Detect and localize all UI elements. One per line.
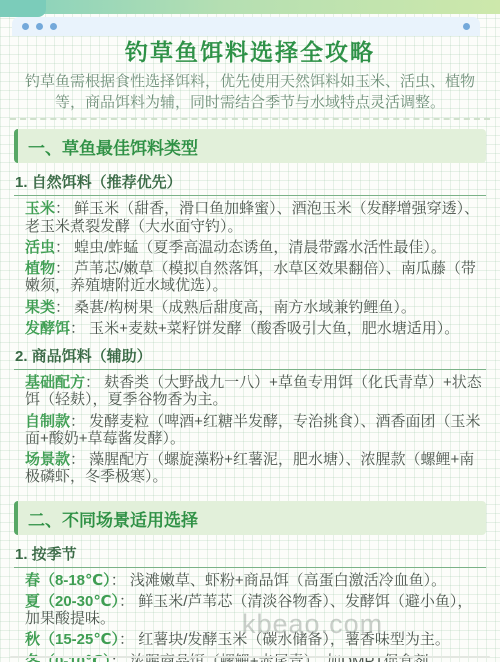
item-text: ： 藻腥配方（螺旋藻粉+红薯泥，肥水塘）、浓腥款（螺鲤+南极磷虾，冬季极寒）。 <box>25 451 474 485</box>
item-text: ： 发酵麦粒（啤酒+红糖半发酵，专治挑食）、酒香面团（玉米面+酸奶+草莓酱发酵）… <box>25 413 480 447</box>
item-text: ： 红薯块/发酵玉米（碳水储备），薯香味型为主。 <box>119 631 450 648</box>
list-item: 自制款： 发酵麦粒（啤酒+红糖半发酵，专治挑食）、酒香面团（玉米面+酸奶+草莓酱… <box>14 413 484 448</box>
item-label: 春（8-18℃） <box>25 572 111 589</box>
subsection-title: 1. 按季节 <box>14 541 486 568</box>
item-label: 植物 <box>25 260 55 277</box>
item-list: 春（8-18℃）： 浅滩嫩草、虾粉+商品饵（高蛋白激活冷血鱼）。 夏（20-30… <box>14 572 486 662</box>
item-list: 基础配方： 麸香类（大野战九一八）+草鱼专用饵（化氏青草）+状态饵（轻麸），夏季… <box>14 374 486 486</box>
section-heading: 一、草鱼最佳饵料类型 <box>14 129 486 163</box>
subsection-title: 2. 商品饵料（辅助） <box>14 343 486 370</box>
list-item: 基础配方： 麸香类（大野战九一八）+草鱼专用饵（化氏青草）+状态饵（轻麸），夏季… <box>14 374 484 409</box>
bottom-divider <box>10 656 490 658</box>
list-item: 夏（20-30℃）： 鲜玉米/芦苇芯（清淡谷物香）、发酵饵（避小鱼），加果酸提味… <box>14 593 484 628</box>
item-text: ： 麸香类（大野战九一八）+草鱼专用饵（化氏青草）+状态饵（轻麸），夏季谷物香为… <box>25 374 482 408</box>
list-item: 植物： 芦苇芯/嫩草（模拟自然落饵，水草区效果翻倍）、南瓜藤（带嫩须，养殖塘附近… <box>14 260 484 295</box>
content: 钓草鱼饵料选择全攻略 钓草鱼需根据食性选择饵料，优先使用天然饵料如玉米、活虫、植… <box>0 0 500 662</box>
item-label: 秋（15-25℃） <box>25 631 119 648</box>
item-text: ： 浅滩嫩草、虾粉+商品饵（高蛋白激活冷血鱼）。 <box>111 572 446 589</box>
item-label: 自制款 <box>25 413 70 430</box>
item-label: 基础配方 <box>25 374 85 391</box>
item-text: ： 蝗虫/蚱蜢（夏季高温动态诱鱼，清晨带露水活性最佳）。 <box>55 239 446 256</box>
list-item: 玉米： 鲜玉米（甜香，滑口鱼加蜂蜜）、酒泡玉米（发酵增强穿透）、老玉米煮裂发酵（… <box>14 200 484 235</box>
item-label: 活虫 <box>25 239 55 256</box>
item-text: ： 玉米+麦麸+菜籽饼发酵（酸香吸引大鱼，肥水塘适用）。 <box>70 320 459 337</box>
list-item: 场景款： 藻腥配方（螺旋藻粉+红薯泥，肥水塘）、浓腥款（螺鲤+南极磷虾，冬季极寒… <box>14 451 484 486</box>
item-label: 场景款 <box>25 451 70 468</box>
item-label: 发酵饵 <box>25 320 70 337</box>
page-title: 钓草鱼饵料选择全攻略 <box>14 40 486 65</box>
item-label: 夏（20-30℃） <box>25 593 119 610</box>
item-label: 果类 <box>25 299 55 316</box>
item-list: 玉米： 鲜玉米（甜香，滑口鱼加蜂蜜）、酒泡玉米（发酵增强穿透）、老玉米煮裂发酵（… <box>14 200 486 337</box>
item-text: ： 鲜玉米（甜香，滑口鱼加蜂蜜）、酒泡玉米（发酵增强穿透）、老玉米煮裂发酵（大水… <box>25 200 479 234</box>
list-item: 秋（15-25℃）： 红薯块/发酵玉米（碳水储备），薯香味型为主。 <box>14 631 484 648</box>
list-item: 活虫： 蝗虫/蚱蜢（夏季高温动态诱鱼，清晨带露水活性最佳）。 <box>14 239 484 256</box>
item-text: ： 桑葚/构树果（成熟后甜度高，南方水域兼钓鲤鱼）。 <box>55 299 416 316</box>
list-item: 春（8-18℃）： 浅滩嫩草、虾粉+商品饵（高蛋白激活冷血鱼）。 <box>14 572 484 589</box>
dashed-divider <box>10 118 490 120</box>
list-item: 果类： 桑葚/构树果（成熟后甜度高，南方水域兼钓鲤鱼）。 <box>14 299 484 316</box>
section-heading: 二、不同场景适用选择 <box>14 501 486 535</box>
item-text: ： 芦苇芯/嫩草（模拟自然落饵，水草区效果翻倍）、南瓜藤（带嫩须，养殖塘附近水域… <box>25 260 476 294</box>
list-item: 发酵饵： 玉米+麦麸+菜籽饼发酵（酸香吸引大鱼，肥水塘适用）。 <box>14 320 484 337</box>
intro-text: 钓草鱼需根据食性选择饵料，优先使用天然饵料如玉米、活虫、植物等，商品饵料为辅，同… <box>18 71 482 113</box>
item-label: 玉米 <box>25 200 55 217</box>
subsection-title: 1. 自然饵料（推荐优先） <box>14 169 486 196</box>
